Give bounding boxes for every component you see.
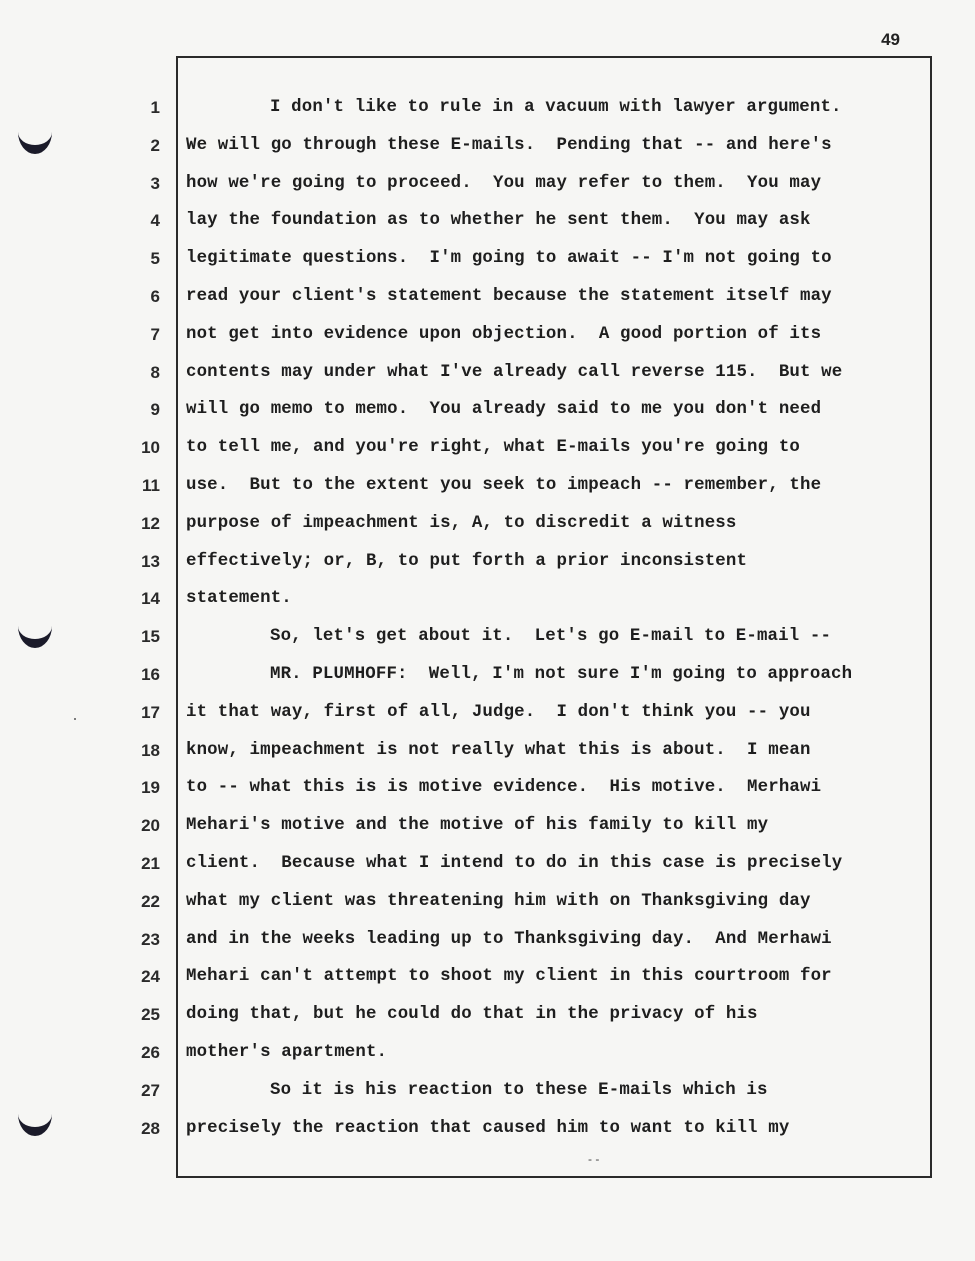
line-number: 21 xyxy=(128,850,160,888)
binder-hole-mark xyxy=(18,626,52,648)
transcript-line: MR. PLUMHOFF: Well, I'm not sure I'm goi… xyxy=(186,661,916,699)
line-number: 3 xyxy=(128,170,160,208)
transcript-line: client. Because what I intend to do in t… xyxy=(186,850,916,888)
line-number: 15 xyxy=(128,623,160,661)
line-number: 13 xyxy=(128,548,160,586)
line-number: 16 xyxy=(128,661,160,699)
transcript-line: not get into evidence upon objection. A … xyxy=(186,321,916,359)
line-number: 14 xyxy=(128,585,160,623)
line-number: 18 xyxy=(128,737,160,775)
transcript-line: So it is his reaction to these E-mails w… xyxy=(186,1077,916,1115)
line-number: 20 xyxy=(128,812,160,850)
transcript-line: read your client's statement because the… xyxy=(186,283,916,321)
transcript-line: I don't like to rule in a vacuum with la… xyxy=(186,94,916,132)
transcript-line: to -- what this is is motive evidence. H… xyxy=(186,774,916,812)
transcript-line: it that way, first of all, Judge. I don'… xyxy=(186,699,916,737)
transcript-line: precisely the reaction that caused him t… xyxy=(186,1115,916,1153)
transcript-line: statement. xyxy=(186,585,916,623)
line-number: 19 xyxy=(128,774,160,812)
transcript-body: I don't like to rule in a vacuum with la… xyxy=(186,94,916,1152)
transcript-line: We will go through these E-mails. Pendin… xyxy=(186,132,916,170)
transcript-line: lay the foundation as to whether he sent… xyxy=(186,207,916,245)
transcript-line: mother's apartment. xyxy=(186,1039,916,1077)
transcript-line: will go memo to memo. You already said t… xyxy=(186,396,916,434)
line-number: 25 xyxy=(128,1001,160,1039)
line-number: 26 xyxy=(128,1039,160,1077)
line-number: 22 xyxy=(128,888,160,926)
transcript-line: what my client was threatening him with … xyxy=(186,888,916,926)
transcript-line: purpose of impeachment is, A, to discred… xyxy=(186,510,916,548)
transcript-line: and in the weeks leading up to Thanksgiv… xyxy=(186,926,916,964)
binder-hole-mark xyxy=(18,132,52,154)
transcript-line: Mehari's motive and the motive of his fa… xyxy=(186,812,916,850)
transcript-line: contents may under what I've already cal… xyxy=(186,359,916,397)
line-number: 6 xyxy=(128,283,160,321)
transcript-line: to tell me, and you're right, what E-mai… xyxy=(186,434,916,472)
transcript-line: effectively; or, B, to put forth a prior… xyxy=(186,548,916,586)
scan-speck xyxy=(74,718,76,720)
line-number: 4 xyxy=(128,207,160,245)
line-number: 17 xyxy=(128,699,160,737)
line-number: 10 xyxy=(128,434,160,472)
transcript-line: how we're going to proceed. You may refe… xyxy=(186,170,916,208)
page-number: 49 xyxy=(860,30,900,50)
line-number: 2 xyxy=(128,132,160,170)
line-number: 23 xyxy=(128,926,160,964)
line-number: 11 xyxy=(128,472,160,510)
line-number: 12 xyxy=(128,510,160,548)
footer-mark: - - xyxy=(588,1152,599,1166)
line-number: 24 xyxy=(128,963,160,1001)
line-number: 9 xyxy=(128,396,160,434)
transcript-line: legitimate questions. I'm going to await… xyxy=(186,245,916,283)
line-number: 28 xyxy=(128,1115,160,1153)
transcript-line: use. But to the extent you seek to impea… xyxy=(186,472,916,510)
line-number: 7 xyxy=(128,321,160,359)
transcript-line: know, impeachment is not really what thi… xyxy=(186,737,916,775)
transcript-line: Mehari can't attempt to shoot my client … xyxy=(186,963,916,1001)
transcript-line: So, let's get about it. Let's go E-mail … xyxy=(186,623,916,661)
binder-hole-mark xyxy=(18,1114,52,1136)
line-number: 27 xyxy=(128,1077,160,1115)
line-number: 8 xyxy=(128,359,160,397)
transcript-line: doing that, but he could do that in the … xyxy=(186,1001,916,1039)
line-number: 5 xyxy=(128,245,160,283)
line-number: 1 xyxy=(128,94,160,132)
line-number-column: 1234567891011121314151617181920212223242… xyxy=(128,94,160,1152)
